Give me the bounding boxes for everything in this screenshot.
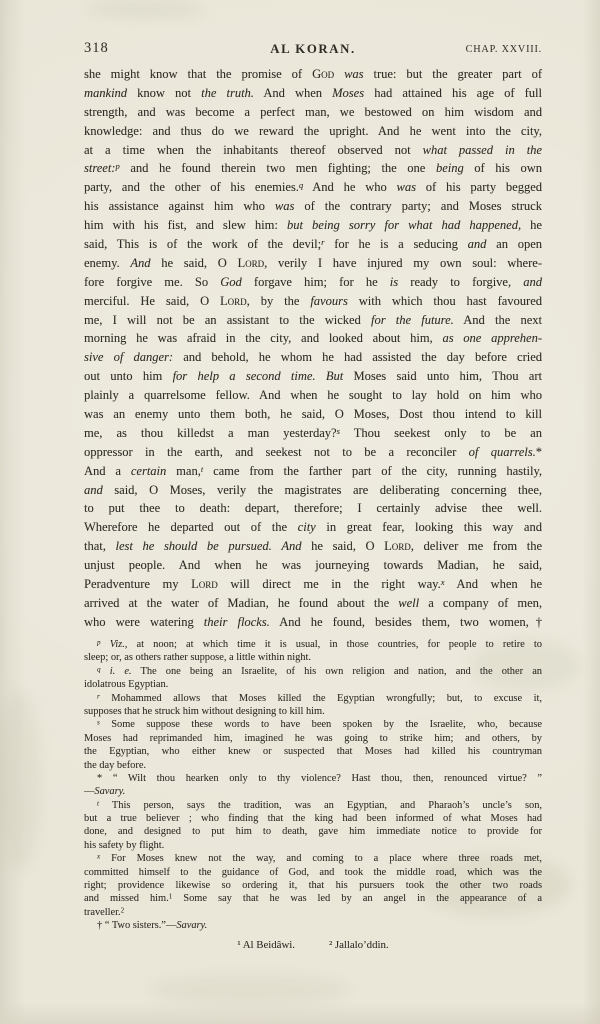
- text-line: was an enemy unto them both, he said, O …: [84, 405, 542, 424]
- text-line: merciful. He said, O Lord, by the favour…: [84, 292, 542, 311]
- footnotes: p Viz., at noon; at which time it is usu…: [84, 638, 542, 933]
- footnote-line: the day before.: [84, 759, 542, 772]
- footnote-line: sleep; or, as others rather suppose, a l…: [84, 651, 542, 664]
- footnote-line: q i. e. The one being an Israelite, of h…: [84, 665, 542, 678]
- text-line: and said, O Moses, verily the magistrate…: [84, 481, 542, 500]
- text-line: party, and the other of his enemies.q An…: [84, 178, 542, 197]
- footnote-line: but a true believer ; who finding that t…: [84, 812, 542, 825]
- text-line: out unto him for help a second time. But…: [84, 367, 542, 386]
- footnote-line: † “ Two sisters.”—Savary.: [84, 919, 542, 932]
- footnote-line: p Viz., at noon; at which time it is usu…: [84, 638, 542, 651]
- text-line: him with his fist, and slew him: but bei…: [84, 216, 542, 235]
- chapter-label: CHAP. XXVIII.: [466, 44, 542, 55]
- text-line: his assistance against him who was of th…: [84, 197, 542, 216]
- text-line: fore forgive me. So God forgave him; for…: [84, 273, 542, 292]
- text-line: that, lest he should be pursued. And he …: [84, 537, 542, 556]
- text-line: oppressor in the earth, and seekest not …: [84, 443, 542, 462]
- text-line: said, This is of the work of the devil;r…: [84, 235, 542, 254]
- scan-stain: [150, 975, 350, 1005]
- references-line: ¹ Al Beidâwi. ² Jallalo’ddin.: [84, 938, 542, 952]
- footnote-line: right; providence likewise so ordering i…: [84, 879, 542, 892]
- footnote-line: done, and designed to put him to death, …: [84, 825, 542, 838]
- footnote-line: the Egyptian, who either knew or suspect…: [84, 745, 542, 758]
- text-line: at a time when the inhabitants thereof o…: [84, 141, 542, 160]
- footnote-line: —Savary.: [84, 785, 542, 798]
- text-line: mankind know not the truth. And when Mos…: [84, 84, 542, 103]
- text-line: me, as thou killedst a man yesterday?s T…: [84, 424, 542, 443]
- body-text: she might know that the promise of God w…: [84, 65, 542, 632]
- text-line: knowledge: and thus do we reward the upr…: [84, 122, 542, 141]
- text-line: street:p and he found therein two men fi…: [84, 159, 542, 178]
- reference-2: ² Jallalo’ddin.: [329, 938, 389, 952]
- text-line: Wherefore he departed out of the city in…: [84, 518, 542, 537]
- text-line: who were watering their flocks. And he f…: [84, 613, 542, 632]
- footnote-line: t This person, says the tradition, was a…: [84, 799, 542, 812]
- footnote-line: * “ Wilt thou hearken only to thy violen…: [84, 772, 542, 785]
- text-line: sive of danger: and behold, he whom he h…: [84, 348, 542, 367]
- text-line: to put thee to death: depart, therefore;…: [84, 499, 542, 518]
- text-line: she might know that the promise of God w…: [84, 65, 542, 84]
- footnote-line: his safety by flight.: [84, 839, 542, 852]
- footnote-line: Moses had reprimanded him, imagined he w…: [84, 732, 542, 745]
- footnote-line: supposes that he struck him without desi…: [84, 705, 542, 718]
- text-line: unjust people. And when he was journeyin…: [84, 556, 542, 575]
- text-line: And a certain man,t came from the farthe…: [84, 462, 542, 481]
- footnote-line: and missed him.1 Some say that he was le…: [84, 892, 542, 905]
- scan-stain: [86, 2, 206, 16]
- text-line: me, I will not be an assistant to the wi…: [84, 311, 542, 330]
- scan-stain: [0, 690, 40, 870]
- footnote-line: traveller.2: [84, 906, 542, 919]
- page-header: 318 AL KORAN. CHAP. XXVIII.: [84, 40, 542, 58]
- text-line: morning he was afraid in the city, and l…: [84, 329, 542, 348]
- footnote-line: r Mohammed allows that Moses killed the …: [84, 692, 542, 705]
- page-number: 318: [84, 40, 109, 57]
- footnote-line: committed himself to the guidance of God…: [84, 866, 542, 879]
- running-title: AL KORAN.: [270, 42, 356, 57]
- text-line: plainly a quarrelsome fellow. And when h…: [84, 386, 542, 405]
- text-line: enemy. And he said, O Lord, verily I hav…: [84, 254, 542, 273]
- book-page: 318 AL KORAN. CHAP. XXVIII. she might kn…: [0, 0, 600, 1024]
- footnote-line: x For Moses knew not the way, and coming…: [84, 852, 542, 865]
- footnote-line: s Some suppose these words to have been …: [84, 718, 542, 731]
- footnote-line: idolatrous Egyptian.: [84, 678, 542, 691]
- text-line: strength, and was become a perfect man, …: [84, 103, 542, 122]
- text-line: Peradventure my Lord will direct me in t…: [84, 575, 542, 594]
- reference-1: ¹ Al Beidâwi.: [237, 938, 295, 952]
- text-line: arrived at the water of Madian, he found…: [84, 594, 542, 613]
